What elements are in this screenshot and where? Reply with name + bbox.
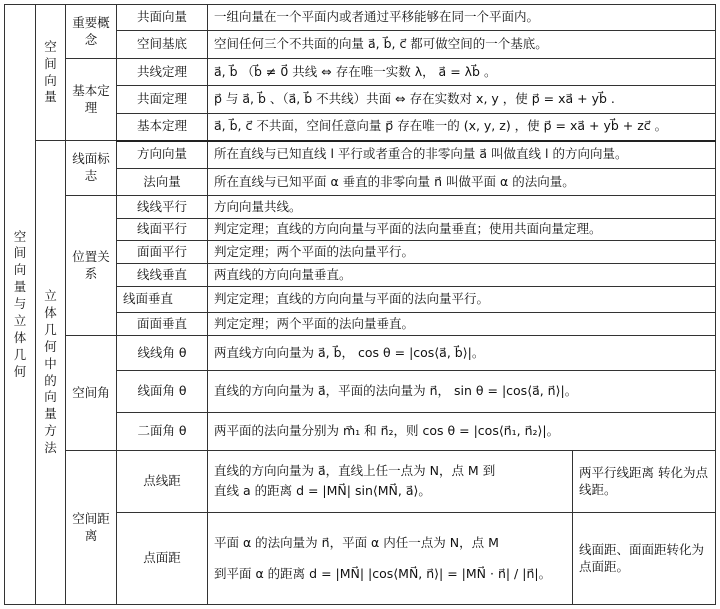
section-vector: 空间向量 bbox=[36, 5, 66, 141]
row-label: 点线距 bbox=[117, 451, 208, 513]
row-label: 面面垂直 bbox=[117, 313, 208, 336]
row-text: 方向向量共线。 bbox=[208, 196, 716, 219]
row-note: 线面距、面面距转化为点面距。 bbox=[573, 513, 716, 605]
knowledge-table: 空间向量与立体几何 空间向量 重要概念 共面向量 一组向量在一个平面内或者通过平… bbox=[4, 4, 716, 605]
row-text: 直线的方向向量为 a⃗，平面的法向量为 n⃗， sin θ = |cos⟨a⃗,… bbox=[208, 371, 716, 413]
row-text: 所在直线与已知直线 l 平行或者重合的非零向量 a⃗ 叫做直线 l 的方向向量。 bbox=[208, 141, 716, 169]
row-note: 两平行线距离 转化为点线距。 bbox=[573, 451, 716, 513]
row-text: 一组向量在一个平面内或者通过平移能够在同一个平面内。 bbox=[208, 5, 716, 31]
row-text-line1: 直线的方向向量为 a⃗，直线上任一点为 N，点 M 到 bbox=[214, 463, 495, 478]
row-text: 空间任何三个不共面的向量 a⃗, b⃗, c⃗ 都可做空间的一个基底。 bbox=[208, 31, 716, 59]
row-text-line2: 直线 a 的距离 d = |MN⃗| sin⟨MN⃗, a⃗⟩。 bbox=[214, 483, 566, 500]
row-label: 共线定理 bbox=[117, 59, 208, 86]
row-text: 平面 α 的法向量为 n⃗，平面 α 内任一点为 N，点 M 到平面 α 的距离… bbox=[208, 513, 573, 605]
row-text: 判定定理；直线的方向向量与平面的法向量平行。 bbox=[208, 287, 716, 313]
row-text-line2: 到平面 α 的距离 d = |MN⃗| |cos⟨MN⃗, n⃗⟩| = |MN… bbox=[214, 566, 566, 583]
row-label: 二面角 θ bbox=[117, 413, 208, 451]
row-text: a⃗, b⃗, c⃗ 不共面，空间任意向量 p⃗ 存在唯一的 (x, y, z)… bbox=[208, 114, 716, 141]
group-theorems: 基本定理 bbox=[66, 59, 117, 141]
row-text: p⃗ 与 a⃗, b⃗ 、（a⃗, b⃗ 不共线）共面 ⇔ 存在实数对 x, y… bbox=[208, 86, 716, 114]
row-text: 判定定理；直线的方向向量与平面的法向量垂直；使用共面向量定理。 bbox=[208, 219, 716, 241]
row-label: 线面角 θ bbox=[117, 371, 208, 413]
title-text: 空间向量与立体几何 bbox=[13, 229, 27, 381]
group-distances: 空间距离 bbox=[66, 451, 117, 605]
row-text: 两直线的方向向量垂直。 bbox=[208, 264, 716, 287]
row-label: 共面向量 bbox=[117, 5, 208, 31]
row-label: 法向量 bbox=[117, 169, 208, 196]
section-label: 立体几何中的向量方法 bbox=[44, 288, 58, 457]
row-text: 所在直线与已知平面 α 垂直的非零向量 n⃗ 叫做平面 α 的法向量。 bbox=[208, 169, 716, 196]
row-label: 共面定理 bbox=[117, 86, 208, 114]
row-label: 点面距 bbox=[117, 513, 208, 605]
group-concepts: 重要概念 bbox=[66, 5, 117, 59]
title-column: 空间向量与立体几何 bbox=[5, 5, 36, 605]
row-label: 线线平行 bbox=[117, 196, 208, 219]
group-angles: 空间角 bbox=[66, 336, 117, 451]
group-markers: 线面标志 bbox=[66, 141, 117, 196]
row-label: 方向向量 bbox=[117, 141, 208, 169]
row-label: 线线角 θ bbox=[117, 336, 208, 371]
row-label: 基本定理 bbox=[117, 114, 208, 141]
row-text: 两直线方向向量为 a⃗, b⃗， cos θ = |cos⟨a⃗, b⃗⟩|。 bbox=[208, 336, 716, 371]
row-text-line1: 平面 α 的法向量为 n⃗，平面 α 内任一点为 N，点 M bbox=[214, 535, 499, 550]
row-text: 直线的方向向量为 a⃗，直线上任一点为 N，点 M 到 直线 a 的距离 d =… bbox=[208, 451, 573, 513]
row-text: 两平面的法向量分别为 m⃗₁ 和 n⃗₂，则 cos θ = |cos⟨n⃗₁,… bbox=[208, 413, 716, 451]
row-label: 线面平行 bbox=[117, 219, 208, 241]
row-text: 判定定理；两个平面的法向量垂直。 bbox=[208, 313, 716, 336]
row-label: 面面平行 bbox=[117, 241, 208, 264]
row-label: 空间基底 bbox=[117, 31, 208, 59]
section-geometry: 立体几何中的向量方法 bbox=[36, 141, 66, 605]
row-label: 线面垂直 bbox=[117, 287, 208, 313]
section-label: 空间向量 bbox=[44, 39, 58, 107]
row-label: 线线垂直 bbox=[117, 264, 208, 287]
row-text: a⃗, b⃗ （b⃗ ≠ 0⃗ 共线 ⇔ 存在唯一实数 λ， a⃗ = λb⃗ … bbox=[208, 59, 716, 86]
group-positions: 位置关系 bbox=[66, 196, 117, 336]
row-text: 判定定理；两个平面的法向量平行。 bbox=[208, 241, 716, 264]
